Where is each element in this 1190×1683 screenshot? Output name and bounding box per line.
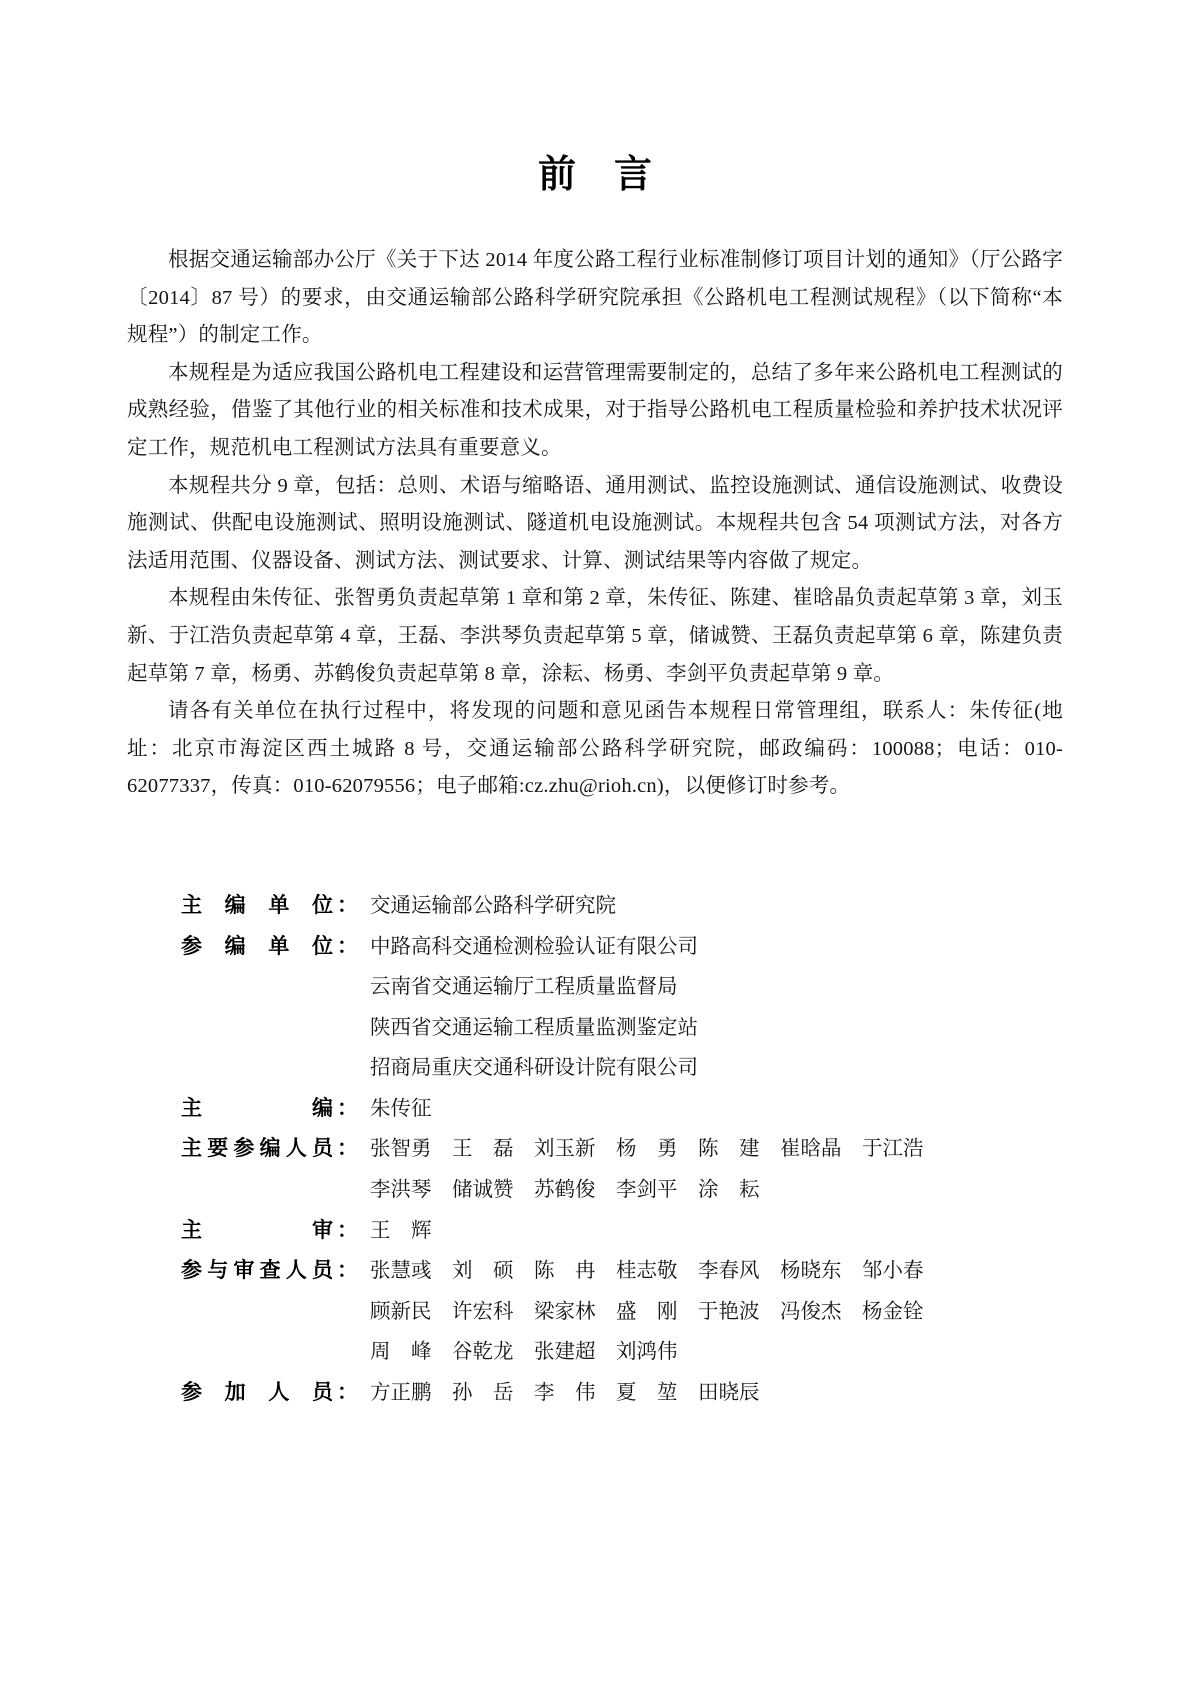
roster-colon: ： (337, 1089, 358, 1129)
roster-row-chief-editor: 主编：朱传征 (127, 1089, 1063, 1130)
roster-text: 交通运输部公路科学研究院 (370, 887, 616, 927)
roster-row-chief-editor-unit: 主编单位：交通运输部公路科学研究院 (127, 886, 1063, 927)
roster-text: 周 峰 谷乾龙 张建超 刘鸿伟 (370, 1333, 678, 1373)
roster-text: 顾新民 许宏科 梁家林 盛 刚 于艳波 冯俊杰 杨金铨 (370, 1293, 924, 1333)
roster-row-review-panel: 参与审查人员：张慧彧 刘 硕 陈 冉 桂志敬 李春风 杨晓东 邹小春 (127, 1251, 1063, 1292)
paragraph-1: 根据交通运输部办公厅《关于下达 2014 年度公路工程行业标准制修订项目计划的通… (127, 242, 1063, 355)
document-page: 前 言 根据交通运输部办公厅《关于下达 2014 年度公路工程行业标准制修订项目… (0, 0, 1190, 1683)
roster-text: 云南省交通运输厅工程质量监督局 (370, 968, 678, 1008)
roster-colon: ： (337, 1129, 358, 1169)
roster-label: 主审 (181, 1211, 333, 1251)
paragraph-4: 本规程由朱传征、张智勇负责起草第 1 章和第 2 章，朱传征、陈建、崔晗晶负责起… (127, 580, 1063, 693)
roster-label: 参加人员 (181, 1373, 333, 1413)
roster-row-review-panel-2: ：顾新民 许宏科 梁家林 盛 刚 于艳波 冯俊杰 杨金铨 (127, 1292, 1063, 1333)
roster-colon: ： (337, 886, 358, 926)
preface-body: 根据交通运输部办公厅《关于下达 2014 年度公路工程行业标准制修订项目计划的通… (127, 242, 1063, 806)
roster-text: 李洪琴 储诚赞 苏鹤俊 李剑平 涂 耘 (370, 1171, 760, 1211)
roster-text: 招商局重庆交通科研设计院有限公司 (370, 1049, 698, 1089)
paragraph-2: 本规程是为适应我国公路机电工程建设和运营管理需要制定的，总结了多年来公路机电工程… (127, 355, 1063, 468)
roster-colon: ： (337, 1251, 358, 1291)
roster-label: 参与审查人员 (181, 1251, 333, 1291)
roster-colon: ： (337, 927, 358, 967)
roster-text: 方正鹏 孙 岳 李 伟 夏 堃 田晓辰 (370, 1374, 760, 1414)
roster-label: 主要参编人员 (181, 1129, 333, 1169)
roster-row-participating-unit-4: ：招商局重庆交通科研设计院有限公司 (127, 1048, 1063, 1089)
credits-roster: 主编单位：交通运输部公路科学研究院 参编单位：中路高科交通检测检验认证有限公司 … (127, 886, 1063, 1414)
roster-row-participating-unit: 参编单位：中路高科交通检测检验认证有限公司 (127, 927, 1063, 968)
roster-label: 参编单位 (181, 927, 333, 967)
roster-label: 主编单位 (181, 886, 333, 926)
roster-text: 陕西省交通运输工程质量监测鉴定站 (370, 1009, 698, 1049)
roster-row-main-contributors-2: ：李洪琴 储诚赞 苏鹤俊 李剑平 涂 耘 (127, 1170, 1063, 1211)
roster-text: 王 辉 (370, 1212, 432, 1252)
roster-text: 朱传征 (370, 1090, 432, 1130)
roster-row-review-panel-3: ：周 峰 谷乾龙 张建超 刘鸿伟 (127, 1332, 1063, 1373)
roster-colon: ： (337, 1373, 358, 1413)
roster-label: 主编 (181, 1089, 333, 1129)
roster-row-chief-reviewer: 主审：王 辉 (127, 1211, 1063, 1252)
roster-text: 张智勇 王 磊 刘玉新 杨 勇 陈 建 崔晗晶 于江浩 (370, 1130, 924, 1170)
roster-row-other-participants: 参加人员：方正鹏 孙 岳 李 伟 夏 堃 田晓辰 (127, 1373, 1063, 1414)
roster-row-participating-unit-3: ：陕西省交通运输工程质量监测鉴定站 (127, 1008, 1063, 1049)
roster-row-participating-unit-2: ：云南省交通运输厅工程质量监督局 (127, 967, 1063, 1008)
roster-row-main-contributors: 主要参编人员：张智勇 王 磊 刘玉新 杨 勇 陈 建 崔晗晶 于江浩 (127, 1129, 1063, 1170)
paragraph-3: 本规程共分 9 章，包括：总则、术语与缩略语、通用测试、监控设施测试、通信设施测… (127, 468, 1063, 581)
paragraph-5: 请各有关单位在执行过程中，将发现的问题和意见函告本规程日常管理组，联系人：朱传征… (127, 693, 1063, 806)
page-title: 前 言 (127, 0, 1063, 200)
roster-colon: ： (337, 1211, 358, 1251)
roster-text: 张慧彧 刘 硕 陈 冉 桂志敬 李春风 杨晓东 邹小春 (370, 1252, 924, 1292)
roster-text: 中路高科交通检测检验认证有限公司 (370, 928, 698, 968)
